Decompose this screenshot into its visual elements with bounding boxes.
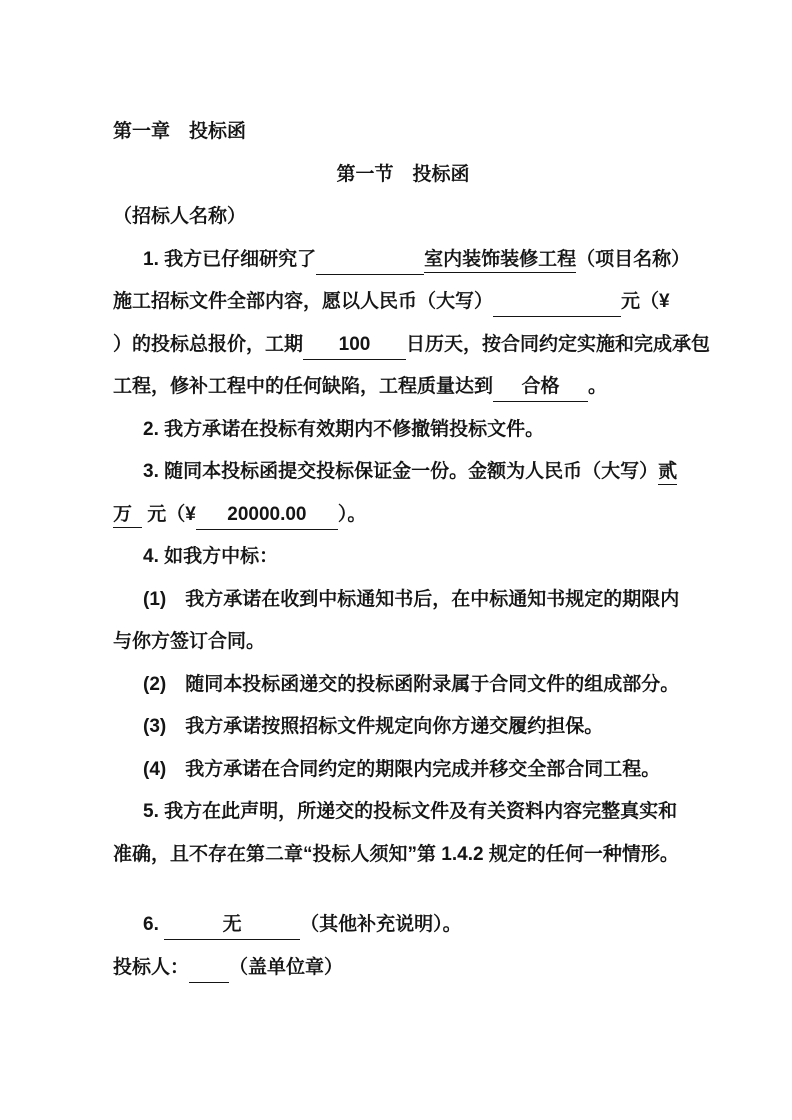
- text-run: 准确，且不存在第二章“投标人须知”第 1.4.2 规定的任何一种情形。: [113, 844, 679, 865]
- para-1-line-1: 1. 我方已仔细研究了 室内装饰装修工程（项目名称）: [113, 239, 693, 282]
- text-run: 3. 随同本投标函提交投标保证金一份。金额为人民币（大写）: [143, 461, 658, 482]
- fill-in-blank: [316, 249, 424, 275]
- section-heading: 第一节 投标函: [113, 154, 693, 197]
- para-5-line-1: 5. 我方在此声明，所递交的投标文件及有关资料内容完整真实和: [113, 791, 693, 834]
- text-run: 2. 我方承诺在投标有效期内不修撤销投标文件。: [143, 419, 544, 440]
- fill-in-blank: [189, 957, 229, 983]
- text-run: 元（¥: [621, 291, 670, 312]
- para-4-item-3: (3) 我方承诺按照招标文件规定向你方递交履约担保。: [113, 706, 693, 749]
- text-run: 第一节 投标函: [336, 164, 469, 185]
- text-run: ）。: [338, 504, 367, 525]
- text-run: 工程，修补工程中的任何缺陷，工程质量达到: [113, 376, 493, 397]
- text-run: 日历天，按合同约定实施和完成承包: [406, 334, 710, 355]
- para-3-line-2: 万 元（¥20000.00）。: [113, 494, 693, 537]
- text-run: （招标人名称）: [113, 206, 246, 227]
- text-run: 元（¥: [142, 504, 196, 525]
- para-4-item-1-line-2: 与你方签订合同。: [113, 621, 693, 664]
- text-run: ）的投标总报价，工期: [113, 334, 303, 355]
- para-6: 6. 无（其他补充说明）。: [113, 904, 693, 947]
- text-run: 室内装饰装修工程: [424, 249, 576, 273]
- text-run: 4. 如我方中标：: [143, 546, 278, 567]
- fill-in-value: 无: [164, 914, 300, 940]
- text-run: （项目名称）: [576, 249, 690, 270]
- fill-in-value: 合格: [493, 376, 588, 402]
- para-1-line-4: 工程，修补工程中的任何缺陷，工程质量达到合格。: [113, 366, 693, 409]
- text-run: 施工招标文件全部内容，愿以人民币（大写）: [113, 291, 493, 312]
- text-run: （盖单位章）: [229, 957, 343, 978]
- text-run: (2) 随同本投标函递交的投标函附录属于合同文件的组成部分。: [143, 674, 679, 695]
- bidder-signature-line: 投标人： （盖单位章）: [113, 947, 693, 990]
- para-3-line-1: 3. 随同本投标函提交投标保证金一份。金额为人民币（大写）贰: [113, 451, 693, 494]
- text-run: 贰: [658, 461, 677, 485]
- para-1-line-3: ）的投标总报价，工期100日历天，按合同约定实施和完成承包: [113, 324, 693, 367]
- text-run: (1) 我方承诺在收到中标通知书后，在中标通知书规定的期限内: [143, 589, 679, 610]
- text-run: 1. 我方已仔细研究了: [143, 249, 316, 270]
- text-run: 万: [113, 504, 142, 528]
- para-5-line-2: 准确，且不存在第二章“投标人须知”第 1.4.2 规定的任何一种情形。: [113, 834, 693, 877]
- text-run: 第一章 投标函: [113, 121, 246, 142]
- fill-in-value: 100: [303, 334, 406, 360]
- para-1-line-2: 施工招标文件全部内容，愿以人民币（大写） 元（¥: [113, 281, 693, 324]
- text-run: 6.: [143, 914, 164, 935]
- para-4: 4. 如我方中标：: [113, 536, 693, 579]
- text-run: （其他补充说明）。: [300, 914, 462, 935]
- text-run: 与你方签订合同。: [113, 631, 265, 652]
- fill-in-blank: [493, 291, 621, 317]
- text-run: 5. 我方在此声明，所递交的投标文件及有关资料内容完整真实和: [143, 801, 677, 822]
- text-run: 投标人：: [113, 957, 189, 978]
- para-4-item-2: (2) 随同本投标函递交的投标函附录属于合同文件的组成部分。: [113, 664, 693, 707]
- text-run: (3) 我方承诺按照招标文件规定向你方递交履约担保。: [143, 716, 603, 737]
- chapter-heading: 第一章 投标函: [113, 111, 693, 154]
- document-page: 第一章 投标函第一节 投标函（招标人名称）1. 我方已仔细研究了 室内装饰装修工…: [0, 0, 792, 1120]
- addressee-line: （招标人名称）: [113, 196, 693, 239]
- para-2: 2. 我方承诺在投标有效期内不修撤销投标文件。: [113, 409, 693, 452]
- text-run: (4) 我方承诺在合同约定的期限内完成并移交全部合同工程。: [143, 759, 660, 780]
- para-4-item-4: (4) 我方承诺在合同约定的期限内完成并移交全部合同工程。: [113, 749, 693, 792]
- text-run: 。: [588, 376, 607, 397]
- fill-in-value: 20000.00: [196, 504, 338, 530]
- blank-line: [113, 876, 693, 904]
- para-4-item-1-line-1: (1) 我方承诺在收到中标通知书后，在中标通知书规定的期限内: [113, 579, 693, 622]
- document-body: 第一章 投标函第一节 投标函（招标人名称）1. 我方已仔细研究了 室内装饰装修工…: [113, 111, 693, 989]
